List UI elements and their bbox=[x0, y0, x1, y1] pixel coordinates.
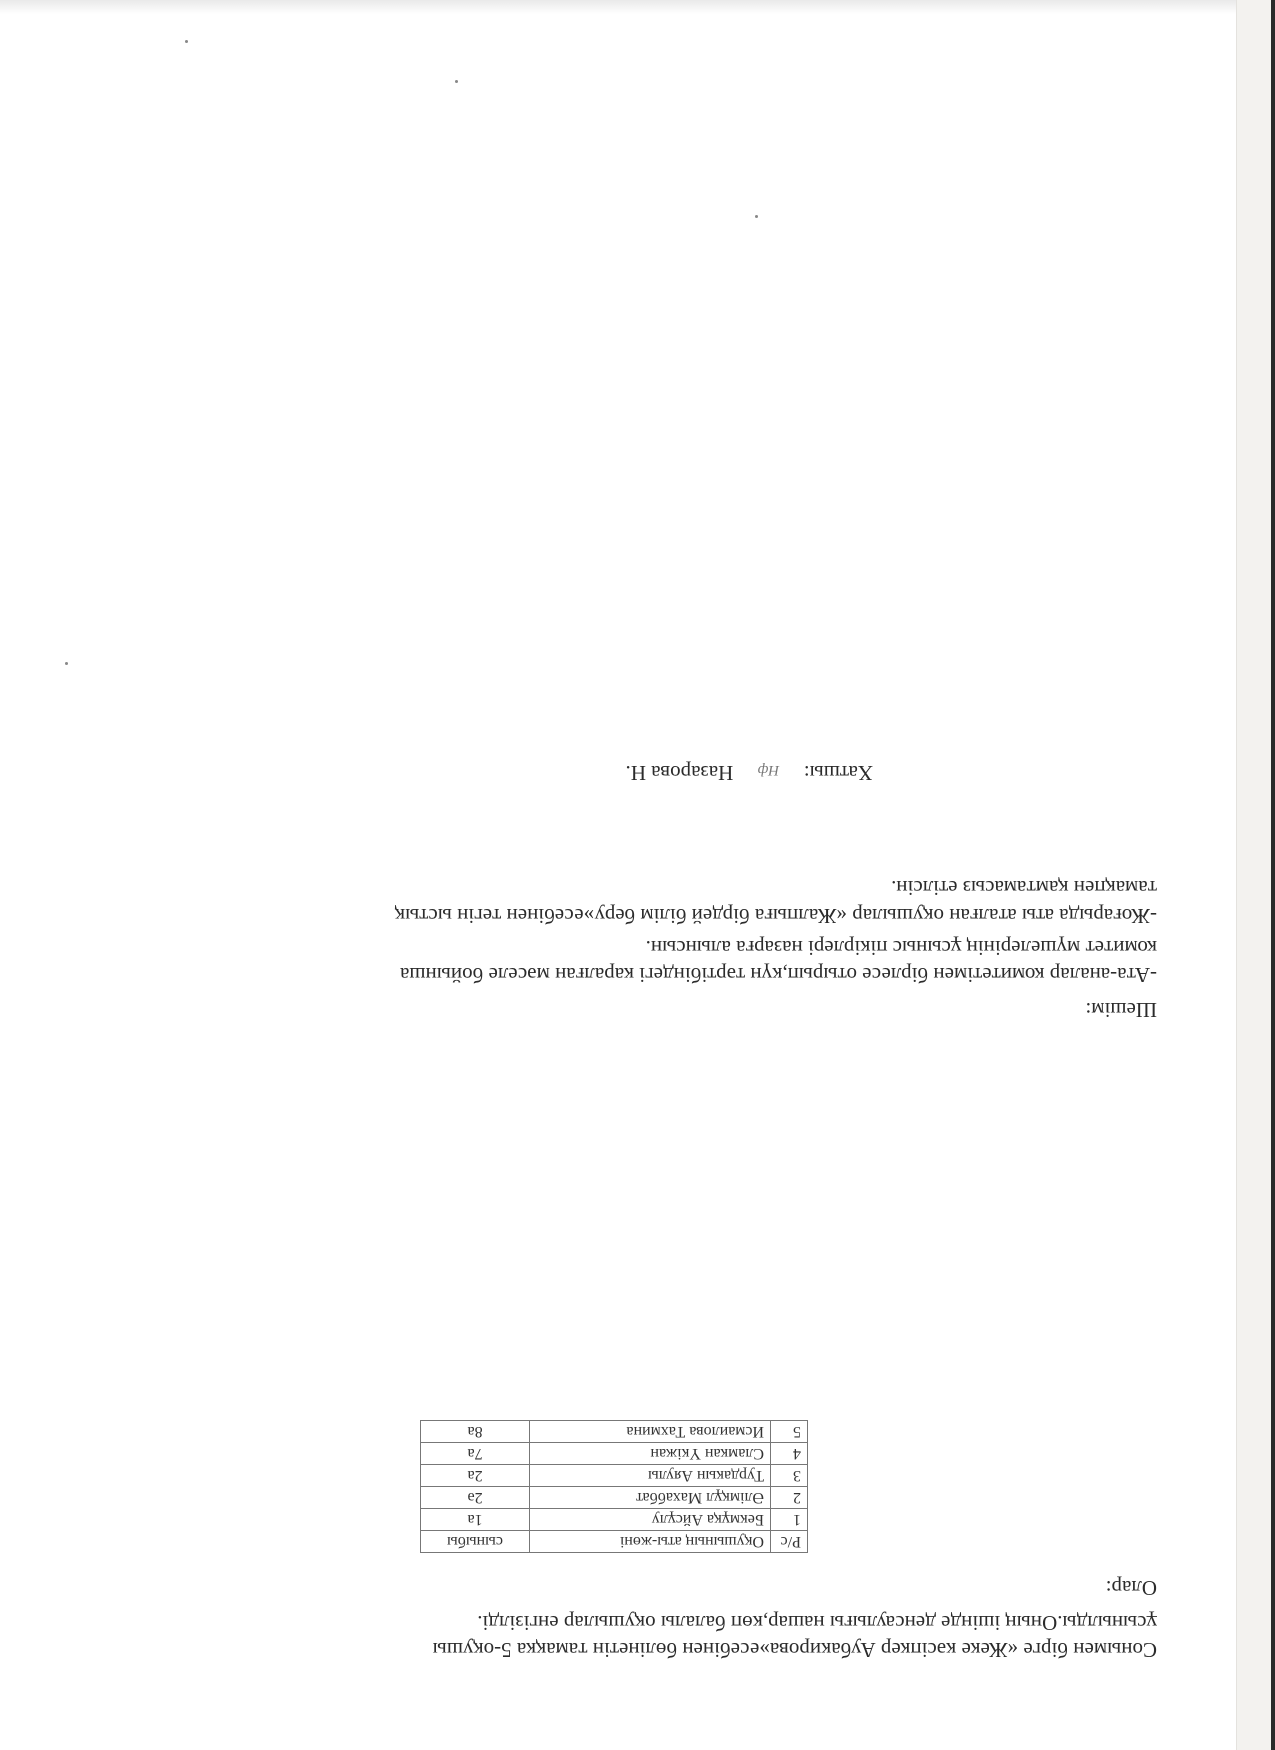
table-row: 5 Исмаилова Тахмина 8а bbox=[421, 1421, 808, 1443]
table-row: 2 Әлімқұл Махаббат 2ә bbox=[421, 1487, 808, 1509]
paragraph-line-2: ұсынылды.Оның ішінде денсаулығы нашар,кө… bbox=[477, 1611, 1157, 1635]
decision-item-1-line-1: -Ата-аналар комитетімен бірлесе отырып,к… bbox=[400, 963, 1157, 987]
cell-name: Әлімқұл Махаббат bbox=[530, 1487, 771, 1509]
cell-number: 2 bbox=[771, 1487, 808, 1509]
students-table: Р/с Оқушының аты-жөні сыныбы 1 Бекмұқа А… bbox=[420, 1420, 808, 1553]
scanned-document-page: Сонымен бірге «Жеке кәсіпкер Аубакирова»… bbox=[0, 0, 1275, 1750]
cell-class: 1а bbox=[421, 1509, 530, 1531]
cell-class: 7а bbox=[421, 1443, 530, 1465]
list-label: Олар: bbox=[1106, 1576, 1157, 1600]
cell-number: 5 bbox=[771, 1421, 808, 1443]
cell-number: 3 bbox=[771, 1465, 808, 1487]
signature-label: Хатшы: bbox=[804, 761, 873, 785]
header-number: Р/с bbox=[771, 1531, 808, 1553]
cell-class: 2а bbox=[421, 1465, 530, 1487]
decision-title: Шешім: bbox=[1085, 998, 1157, 1022]
decision-item-2-line-1: -Жоғарыда аты аталған оқушылар «Жалпыға … bbox=[395, 904, 1157, 928]
cell-number: 4 bbox=[771, 1443, 808, 1465]
cell-name: Бекмұқа Айсұлу bbox=[530, 1509, 771, 1531]
cell-number: 1 bbox=[771, 1509, 808, 1531]
cell-class: 2ә bbox=[421, 1487, 530, 1509]
decision-item-2-line-2: тамақпен қамтамасыз етілсін. bbox=[891, 876, 1157, 900]
table-row: 3 Турдакын Аяулы 2а bbox=[421, 1465, 808, 1487]
signatory-name: Назарова Н. bbox=[626, 761, 734, 785]
table-row: 1 Бекмұқа Айсұлу 1а bbox=[421, 1509, 808, 1531]
paragraph-line-1: Сонымен бірге «Жеке кәсіпкер Аубакирова»… bbox=[433, 1638, 1157, 1662]
cell-name: Турдакын Аяулы bbox=[530, 1465, 771, 1487]
decision-item-1-line-2: комитет мүшелерінің ұсыныс пікірлері наз… bbox=[646, 936, 1157, 960]
table-header-row: Р/с Оқушының аты-жөні сыныбы bbox=[421, 1531, 808, 1553]
cell-class: 8а bbox=[421, 1421, 530, 1443]
header-name: Оқушының аты-жөні bbox=[530, 1531, 771, 1553]
table-row: 4 Сламкан Үкіжан 7а bbox=[421, 1443, 808, 1465]
handwritten-signature: Нф bbox=[739, 758, 799, 782]
signature-line: Хатшы: Нф Назарова Н. bbox=[626, 758, 873, 785]
header-class: сыныбы bbox=[421, 1531, 530, 1553]
cell-name: Исмаилова Тахмина bbox=[530, 1421, 771, 1443]
cell-name: Сламкан Үкіжан bbox=[530, 1443, 771, 1465]
